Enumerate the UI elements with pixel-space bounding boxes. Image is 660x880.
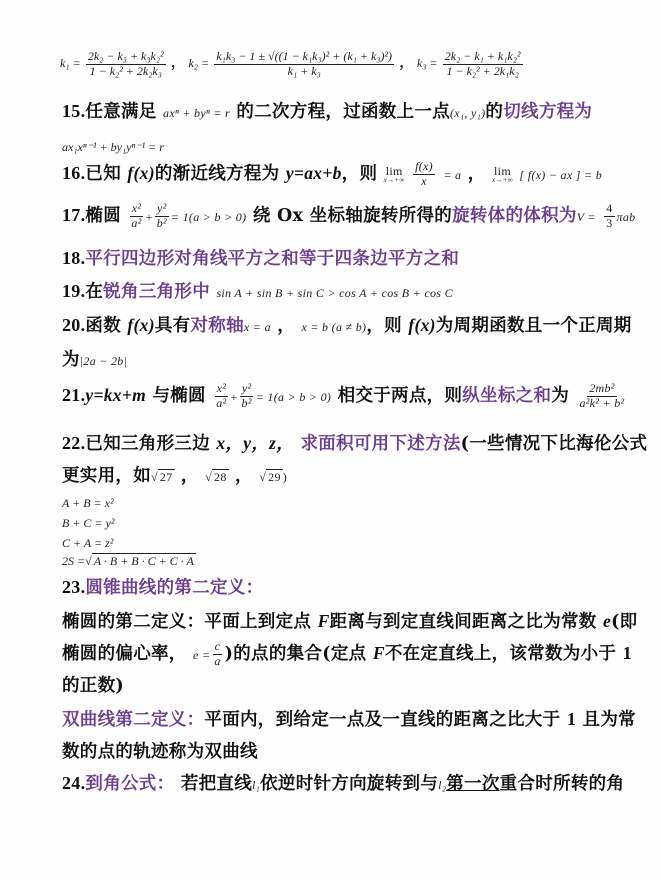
highlight: 旋转体的体积为 bbox=[452, 206, 577, 226]
item-22-eq-2: B + C = y² bbox=[62, 512, 114, 531]
highlight: 平行四边形对角线平方之和等于四条边平方之和 bbox=[85, 249, 459, 269]
item-22-cont: 更实用，如√27 ， √28 ， √29) bbox=[62, 462, 287, 487]
item-18: 18.平行四边形对角线平方之和等于四条边平方之和 bbox=[62, 245, 459, 270]
item-21: 21.y=kx+m 与椭圆 x²a²+y²b²= 1(a > b > 0) 相交… bbox=[62, 382, 628, 411]
item-23: 23.圆锥曲线的第二定义： bbox=[62, 574, 263, 599]
item-22: 22.已知三角形三边 x，y，z， 求面积可用下述方法(一些情况下比海伦公式 bbox=[62, 430, 647, 455]
k2-fraction: k₁k₃ − 1 ± √((1 − k₁k₃)² + (k₁ + k₃)²) k… bbox=[214, 50, 394, 79]
limit: limx→+∞ bbox=[492, 165, 513, 184]
highlight: 切线方程为 bbox=[503, 102, 592, 122]
highlight: 到角公式： bbox=[85, 774, 174, 794]
item-15: 15.任意满足 axⁿ + byⁿ = r 的二次方程，过函数上一点(x₁, y… bbox=[62, 98, 592, 123]
item-20-cont: 为|2a − 2b| bbox=[62, 346, 127, 371]
k3-fraction: 2k₂ − k₁ + k₁k₂² 1 − k₂² + 2k₁k₂ bbox=[443, 50, 523, 79]
k2-lhs: k₂ = bbox=[188, 56, 209, 70]
limit: limx→+∞ bbox=[384, 165, 405, 184]
highlight: 锐角三角形中 bbox=[103, 282, 210, 302]
fraction: f(x)x bbox=[413, 160, 435, 189]
item-22-eq-3: C + A = z² bbox=[62, 532, 113, 551]
highlight: 对称轴 bbox=[190, 316, 243, 336]
item-19: 19.在锐角三角形中 sin A + sin B + sin C > cos A… bbox=[62, 278, 453, 303]
slope-formulas: k₁ = 2k₂ − k₃ + k₃k₂² 1 − k₂² + 2k₂k₃ ， … bbox=[60, 50, 525, 79]
item-22-area: 2S =√A · B + B · C + C · A bbox=[62, 550, 196, 569]
item-24: 24.到角公式： 若把直线l₁依逆时针方向旋转到与l₂第一次重合时所转的角 bbox=[62, 770, 624, 795]
document-page: k₁ = 2k₂ − k₃ + k₃k₂² 1 − k₂² + 2k₂k₃ ， … bbox=[0, 0, 660, 880]
item-22-eq-1: A + B = x² bbox=[62, 492, 114, 511]
item-20: 20.函数 f(x)具有对称轴x = a ， x = b (a ≠ b)，则 f… bbox=[62, 312, 632, 337]
formula: axⁿ + byⁿ = r bbox=[163, 106, 230, 120]
item-15-formula: ax₁xⁿ⁻¹ + by₁yⁿ⁻¹ = r bbox=[62, 136, 164, 155]
item-23-ellipse-cont: 椭圆的偏心率， e =ca)的点的集合(定点 F不在定直线上，该常数为小于 1 bbox=[62, 640, 632, 669]
underlined-text: 第一次 bbox=[446, 774, 499, 794]
highlight: 求面积可用下述方法 bbox=[300, 434, 460, 454]
highlight: 圆锥曲线的第二定义： bbox=[85, 578, 263, 598]
item-23-ellipse: 椭圆的第二定义：平面上到定点 F距离与到定直线间距离之比为常数 e(即 bbox=[62, 608, 637, 633]
k1-fraction: 2k₂ − k₃ + k₃k₂² 1 − k₂² + 2k₂k₃ bbox=[86, 50, 166, 79]
highlight: 纵坐标之和 bbox=[462, 386, 551, 406]
k1-lhs: k₁ = bbox=[60, 56, 81, 70]
item-16: 16.已知 f(x)的渐近线方程为 y=ax+b，则 limx→+∞ f(x)x… bbox=[62, 160, 602, 189]
k3-lhs: k₃ = bbox=[417, 56, 438, 70]
item-23-hyperbola-cont: 数的点的轨迹称为双曲线 bbox=[62, 738, 258, 763]
item-23-ellipse-end: 的正数) bbox=[62, 672, 124, 697]
point: (x₁, y₁) bbox=[450, 106, 485, 120]
item-23-hyperbola: 双曲线第二定义：平面内，到给定一点及一直线的距离之比大于 1 且为常 bbox=[62, 706, 636, 731]
item-17: 17.椭圆 x²a²+y²b²= 1(a > b > 0) 绕 Ox 坐标轴旋转… bbox=[62, 202, 635, 231]
highlight: 双曲线第二定义： bbox=[62, 710, 204, 730]
